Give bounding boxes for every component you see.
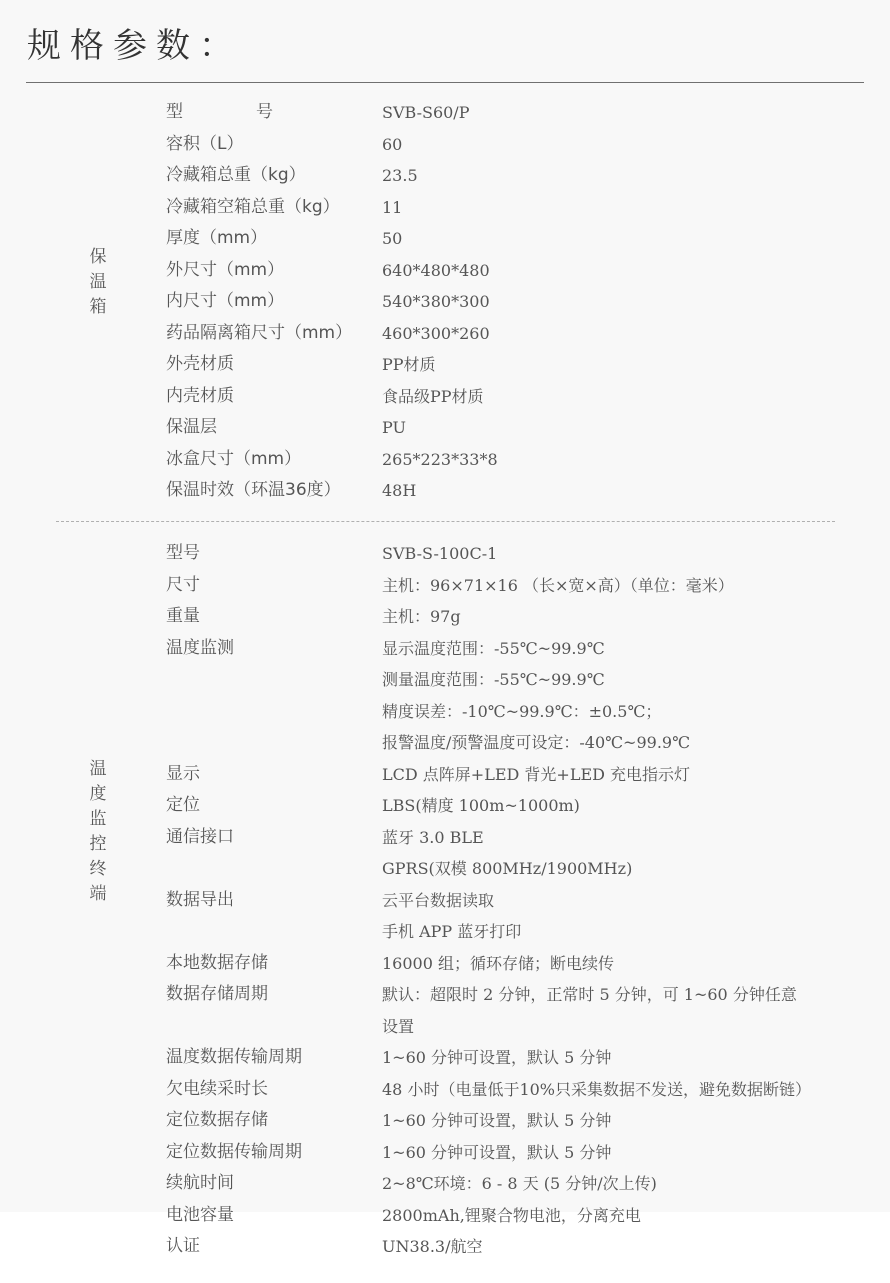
spec-row: 型号 SVB-S-100C-1 (0, 538, 890, 570)
spec-key: 型号 (166, 538, 200, 570)
spec-value: LBS(精度 100m~1000m) (382, 790, 580, 822)
spec-row: 欠电续采时长 48 小时（电量低于10%只采集数据不发送，避免数据断链） (0, 1074, 890, 1106)
spec-value: 蓝牙 3.0 BLE (382, 822, 484, 854)
spec-row: 冷藏箱空箱总重（kg） 11 (0, 192, 890, 224)
spec-row: 定位 LBS(精度 100m~1000m) (0, 790, 890, 822)
spec-key: 数据存储周期 (166, 979, 268, 1011)
spec-row: 保温层 PU (0, 412, 890, 444)
spec-key: 认证 (166, 1231, 200, 1263)
spec-key: 药品隔离箱尺寸（mm） (166, 318, 352, 350)
spec-value: 主机：97g (382, 601, 461, 633)
spec-value: 默认：超限时 2 分钟，正常时 5 分钟，可 1~60 分钟任意 (382, 979, 797, 1011)
spec-key: 定位数据传输周期 (166, 1137, 302, 1169)
spec-key: 欠电续采时长 (166, 1074, 268, 1106)
spec-key: 厚度（mm） (166, 223, 267, 255)
spec-row: 外尺寸（mm） 640*480*480 (0, 255, 890, 287)
spec-key: 定位数据存储 (166, 1105, 268, 1137)
spec-row: GPRS(双模 800MHz/1900MHz) (0, 853, 890, 885)
spec-row: 保温时效（环温36度） 48H (0, 475, 890, 507)
title-divider (26, 82, 864, 83)
spec-row: 药品隔离箱尺寸（mm） 460*300*260 (0, 318, 890, 350)
spec-row: 温度数据传输周期 1~60 分钟可设置，默认 5 分钟 (0, 1042, 890, 1074)
spec-value: 1~60 分钟可设置，默认 5 分钟 (382, 1105, 611, 1137)
spec-key: 显示 (166, 759, 200, 791)
spec-row: 数据存储周期 默认：超限时 2 分钟，正常时 5 分钟，可 1~60 分钟任意 (0, 979, 890, 1011)
spec-key: 续航时间 (166, 1168, 234, 1200)
spec-value: SVB-S-100C-1 (382, 538, 497, 570)
spec-row: 报警温度/预警温度可设定：-40℃~99.9℃ (0, 727, 890, 759)
spec-row: 精度误差：-10℃~99.9℃：±0.5℃； (0, 696, 890, 728)
spec-value: 48 小时（电量低于10%只采集数据不发送，避免数据断链） (382, 1074, 811, 1106)
spec-value: 640*480*480 (382, 255, 490, 287)
spec-key: 外尺寸（mm） (166, 255, 284, 287)
spec-value: 1~60 分钟可设置，默认 5 分钟 (382, 1137, 611, 1169)
spec-row: 内壳材质 食品级PP材质 (0, 381, 890, 413)
spec-key: 电池容量 (166, 1200, 234, 1232)
spec-key: 保温时效（环温36度） (166, 475, 341, 507)
spec-row: 厚度（mm） 50 (0, 223, 890, 255)
spec-value: 48H (382, 475, 416, 507)
spec-value: PU (382, 412, 406, 444)
spec-value: 食品级PP材质 (382, 381, 484, 413)
spec-row: 显示 LCD 点阵屏+LED 背光+LED 充电指示灯 (0, 759, 890, 791)
spec-value: 主机：96×71×16 （长×宽×高）（单位：毫米） (382, 570, 734, 602)
section-divider (56, 521, 835, 522)
spec-value: 23.5 (382, 160, 418, 192)
spec-row: 定位数据存储 1~60 分钟可设置，默认 5 分钟 (0, 1105, 890, 1137)
spec-value: 手机 APP 蓝牙打印 (382, 916, 521, 948)
spec-value: SVB-S60/P (382, 97, 469, 129)
spec-row: 本地数据存储 16000 组；循环存储；断电续传 (0, 948, 890, 980)
spec-row: 重量 主机：97g (0, 601, 890, 633)
spec-row: 设置 (0, 1011, 890, 1043)
spec-row: 通信接口 蓝牙 3.0 BLE (0, 822, 890, 854)
spec-key: 尺寸 (166, 570, 200, 602)
spec-key: 数据导出 (166, 885, 234, 917)
spec-row: 续航时间 2~8℃环境：6 - 8 天 (5 分钟/次上传) (0, 1168, 890, 1200)
spec-key: 冰盒尺寸（mm） (166, 444, 301, 476)
spec-row: 冰盒尺寸（mm） 265*223*33*8 (0, 444, 890, 476)
spec-key: 温度数据传输周期 (166, 1042, 302, 1074)
spec-row: 手机 APP 蓝牙打印 (0, 916, 890, 948)
spec-value: 测量温度范围：-55℃~99.9℃ (382, 664, 605, 696)
spec-value: 60 (382, 129, 402, 161)
spec-value: PP材质 (382, 349, 436, 381)
spec-value: 1~60 分钟可设置，默认 5 分钟 (382, 1042, 611, 1074)
spec-row: 数据导出 云平台数据读取 (0, 885, 890, 917)
spec-key: 通信接口 (166, 822, 234, 854)
spec-value: LCD 点阵屏+LED 背光+LED 充电指示灯 (382, 759, 690, 791)
spec-key: 型 号 (166, 97, 301, 129)
spec-key: 外壳材质 (166, 349, 234, 381)
spec-key: 冷藏箱空箱总重（kg） (166, 192, 340, 224)
spec-value: GPRS(双模 800MHz/1900MHz) (382, 853, 632, 885)
spec-key: 重量 (166, 601, 200, 633)
spec-key: 定位 (166, 790, 200, 822)
spec-row: 测量温度范围：-55℃~99.9℃ (0, 664, 890, 696)
spec-value: 2800mAh,锂聚合物电池，分离充电 (382, 1200, 641, 1232)
spec-value: 540*380*300 (382, 286, 490, 318)
spec-row: 容积（L） 60 (0, 129, 890, 161)
spec-value: 显示温度范围：-55℃~99.9℃ (382, 633, 605, 665)
spec-key: 容积（L） (166, 129, 243, 161)
spec-row: 外壳材质 PP材质 (0, 349, 890, 381)
spec-value: 设置 (382, 1011, 414, 1043)
spec-key: 保温层 (166, 412, 217, 444)
spec-row: 内尺寸（mm） 540*380*300 (0, 286, 890, 318)
spec-row: 温度监测 显示温度范围：-55℃~99.9℃ (0, 633, 890, 665)
spec-value: 16000 组；循环存储；断电续传 (382, 948, 614, 980)
spec-row: 定位数据传输周期 1~60 分钟可设置，默认 5 分钟 (0, 1137, 890, 1169)
spec-value: UN38.3/航空 (382, 1231, 483, 1263)
spec-row: 型 号 SVB-S60/P (0, 97, 890, 129)
spec-key: 内尺寸（mm） (166, 286, 284, 318)
spec-row: 认证 UN38.3/航空 (0, 1231, 890, 1263)
spec-key: 内壳材质 (166, 381, 234, 413)
spec-value: 精度误差：-10℃~99.9℃：±0.5℃； (382, 696, 661, 728)
spec-key: 冷藏箱总重（kg） (166, 160, 306, 192)
spec-key: 本地数据存储 (166, 948, 268, 980)
spec-row: 尺寸 主机：96×71×16 （长×宽×高）（单位：毫米） (0, 570, 890, 602)
spec-value: 报警温度/预警温度可设定：-40℃~99.9℃ (382, 727, 690, 759)
spec-row: 电池容量 2800mAh,锂聚合物电池，分离充电 (0, 1200, 890, 1232)
spec-value: 50 (382, 223, 402, 255)
spec-value: 2~8℃环境：6 - 8 天 (5 分钟/次上传) (382, 1168, 657, 1200)
spec-value: 460*300*260 (382, 318, 490, 350)
spec-value: 265*223*33*8 (382, 444, 498, 476)
spec-key: 温度监测 (166, 633, 234, 665)
spec-row: 冷藏箱总重（kg） 23.5 (0, 160, 890, 192)
page-title: 规格参数： (27, 22, 242, 70)
spec-value: 云平台数据读取 (382, 885, 494, 917)
spec-value: 11 (382, 192, 402, 224)
